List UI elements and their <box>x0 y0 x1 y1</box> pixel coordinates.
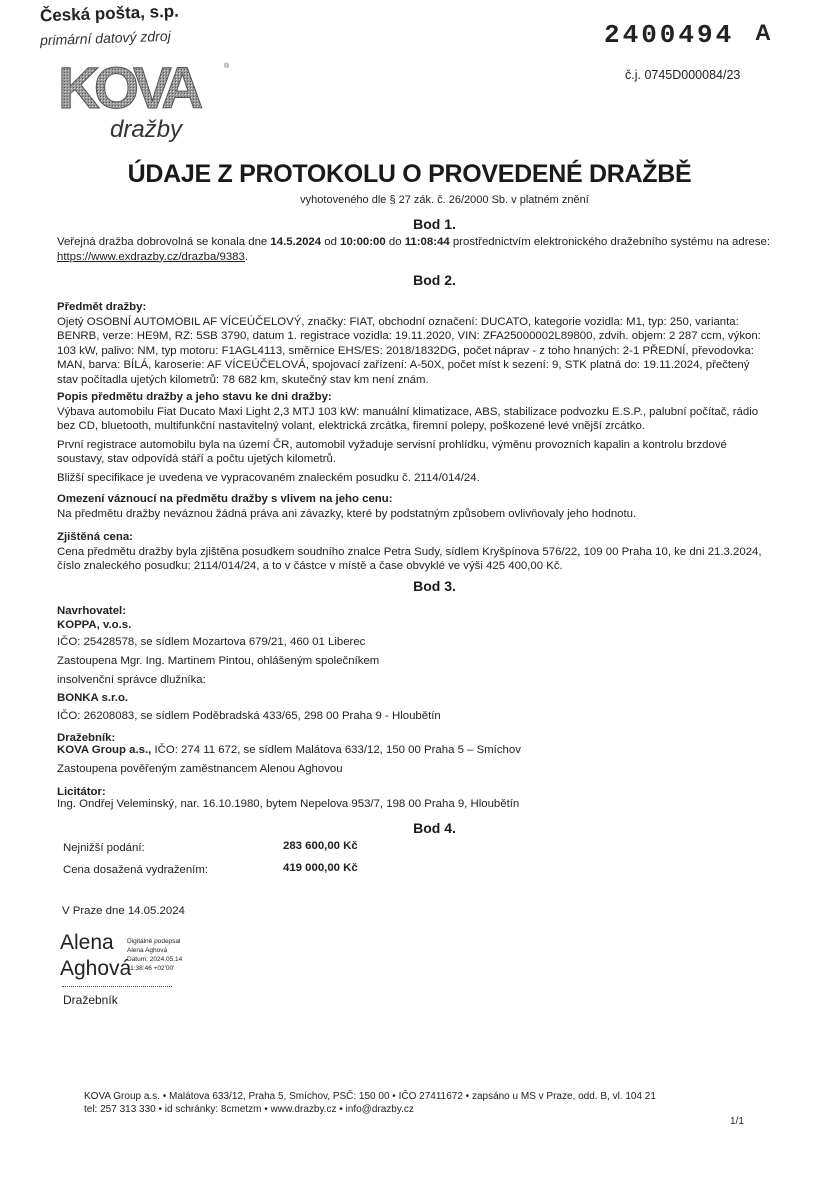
auction-time-from: 10:00:00 <box>340 236 386 248</box>
page-number: 1/1 <box>730 1116 744 1127</box>
appraised-price-label: Zjištěná cena: <box>57 530 772 545</box>
svg-text:®: ® <box>224 62 230 70</box>
description-text-3: Bližší specifikace je uvedena ve vypraco… <box>57 471 772 486</box>
subject-label: Předmět dražby: <box>57 300 772 315</box>
logo-subtitle: dražby <box>110 116 182 144</box>
svg-text:KOVA: KOVA <box>58 58 202 113</box>
section-heading-bod-4: Bod 4. <box>0 820 819 836</box>
licitator-text: Ing. Ondřej Veleminský, nar. 16.10.1980,… <box>57 797 519 811</box>
final-price-label: Cena dosažená vydražením: <box>63 864 208 876</box>
reference-number: č.j. 0745D000084/23 <box>625 68 740 82</box>
digital-signature-meta: Digitálně podepsal Alena Aghová Datum: 2… <box>127 937 182 973</box>
signature-role: Dražebník <box>63 993 118 1007</box>
proposer-role: insolvenční správce dlužníka: <box>57 673 206 687</box>
document-title: ÚDAJE Z PROTOKOLU O PROVEDENÉ DRAŽBĚ <box>0 160 819 189</box>
footer-line-2: tel: 257 313 330 • id schránky: 8cmetzm … <box>84 1104 414 1115</box>
digital-signature-line: Digitálně podepsal <box>127 937 182 946</box>
auction-info-text: . <box>245 251 248 263</box>
auction-time-to: 11:08:44 <box>405 236 450 248</box>
auction-info-text: Veřejná dražba dobrovolná se konala dne <box>57 236 270 248</box>
postal-stamp-title: Česká pošta, s.p. <box>40 2 180 27</box>
lowest-bid-label: Nejnižší podání: <box>63 842 145 854</box>
subject-section: Předmět dražby: Ojetý OSOBNÍ AUTOMOBIL A… <box>57 300 772 387</box>
document-number: 2400494 <box>604 20 734 50</box>
proposer-name: KOPPA, v.o.s. <box>57 618 131 632</box>
section-heading-bod-1: Bod 1. <box>0 216 819 232</box>
description-text-1: Výbava automobilu Fiat Ducato Maxi Light… <box>57 405 772 434</box>
document-number-mark: A <box>755 20 771 46</box>
description-label: Popis předmětu dražby a jeho stavu ke dn… <box>57 390 772 405</box>
proposer-id: IČO: 25428578, se sídlem Mozartova 679/2… <box>57 635 365 649</box>
restrictions-section: Omezení váznoucí na předmětu dražby s vl… <box>57 492 772 521</box>
subject-text: Ojetý OSOBNÍ AUTOMOBIL AF VÍCEÚČELOVÝ, z… <box>57 315 772 388</box>
postal-stamp-subtitle: primární datový zdroj <box>40 28 171 49</box>
restrictions-label: Omezení váznoucí na předmětu dražby s vl… <box>57 492 772 507</box>
proposer-label: Navrhovatel: <box>57 604 126 618</box>
final-price-value: 419 000,00 Kč <box>283 862 358 874</box>
appraised-price-section: Zjištěná cena: Cena předmětu dražby byla… <box>57 530 772 574</box>
auction-info-paragraph: Veřejná dražba dobrovolná se konala dne … <box>57 235 772 264</box>
proposer-representative: Zastoupena Mgr. Ing. Martinem Pintou, oh… <box>57 654 379 668</box>
auctioneer-info: KOVA Group a.s., IČO: 274 11 672, se síd… <box>57 743 521 757</box>
auction-info-text: do <box>386 236 405 248</box>
section-heading-bod-3: Bod 3. <box>0 578 819 594</box>
description-section: Popis předmětu dražby a jeho stavu ke dn… <box>57 390 772 485</box>
digital-signature-line: Alena Aghová <box>127 946 182 955</box>
auction-url-link[interactable]: https://www.exdrazby.cz/drazba/9383 <box>57 251 245 263</box>
digital-signature-line: 11:38:46 +02'00' <box>127 964 182 973</box>
appraised-price-text: Cena předmětu dražby byla zjištěna posud… <box>57 545 772 574</box>
description-text-2: První registrace automobilu byla na územ… <box>57 438 772 467</box>
auction-info-text: od <box>321 236 340 248</box>
auctioneer-name: KOVA Group a.s., <box>57 744 151 756</box>
auction-date: 14.5.2024 <box>270 236 321 248</box>
document-subtitle: vyhotoveného dle § 27 zák. č. 26/2000 Sb… <box>0 194 819 206</box>
restrictions-text: Na předmětu dražby neváznou žádná práva … <box>57 507 772 522</box>
signature-first-name: Alena <box>60 931 114 955</box>
digital-signature-line: Datum: 2024.05.14 <box>127 955 182 964</box>
signature-line <box>62 986 172 987</box>
auction-info-text: prostřednictvím elektronického dražebníh… <box>450 236 770 248</box>
debtor-name: BONKA s.r.o. <box>57 691 128 705</box>
place-date: V Praze dne 14.05.2024 <box>62 904 185 918</box>
lowest-bid-value: 283 600,00 Kč <box>283 840 358 852</box>
auctioneer-id: IČO: 274 11 672, se sídlem Malátova 633/… <box>151 744 521 756</box>
debtor-id: IČO: 26208083, se sídlem Poděbradská 433… <box>57 709 441 723</box>
signature-last-name: Aghová <box>60 957 131 981</box>
footer-line-1: KOVA Group a.s. • Malátova 633/12, Praha… <box>84 1091 656 1102</box>
kova-logo-icon: KOVA ® <box>56 58 236 113</box>
auctioneer-representative: Zastoupena pověřeným zaměstnancem Alenou… <box>57 762 343 776</box>
section-heading-bod-2: Bod 2. <box>0 272 819 288</box>
